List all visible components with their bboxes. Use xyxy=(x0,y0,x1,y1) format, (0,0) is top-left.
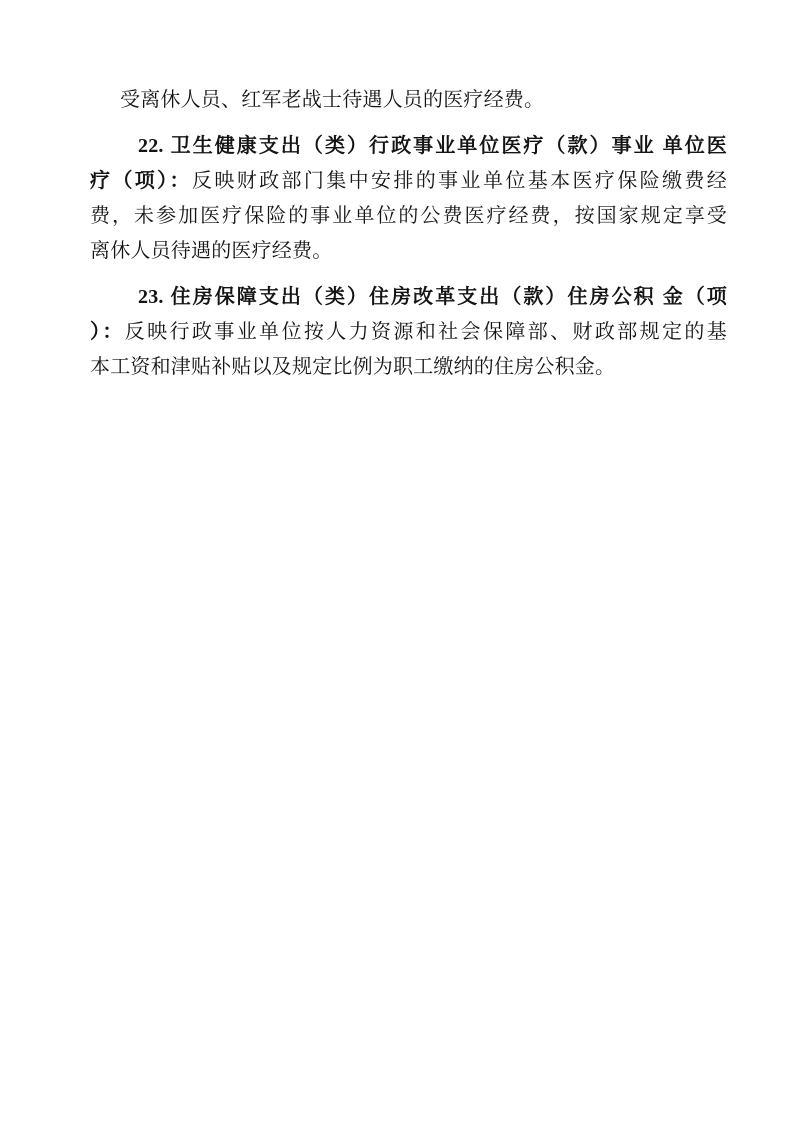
heading-text-segment: 23. 住房保障支出（类）住房改革支出（款）住房公积 金（项 xyxy=(138,286,727,308)
text-line: 本工资和津贴补贴以及规定比例为职工缴纳的住房公积金。 xyxy=(90,350,727,385)
heading-text-segment: ）： xyxy=(90,321,125,343)
text-line: 23. 住房保障支出（类）住房改革支出（款）住房公积 金（项 xyxy=(90,280,727,315)
body-text-segment: 离休人员待遇的医疗经费。 xyxy=(90,240,332,262)
body-text-segment: 反映行政事业单位按人力资源和社会保障部、财政部规定的基 xyxy=(125,321,727,343)
text-line: 受离休人员、红军老战士待遇人员的医疗经费。 xyxy=(90,83,727,118)
para-item-23: 23. 住房保障支出（类）住房改革支出（款）住房公积 金（项）：反映行政事业单位… xyxy=(90,280,727,385)
text-line: 离休人员待遇的医疗经费。 xyxy=(90,234,727,269)
para-continuation: 受离休人员、红军老战士待遇人员的医疗经费。 xyxy=(90,83,727,118)
text-line: ）：反映行政事业单位按人力资源和社会保障部、财政部规定的基 xyxy=(90,315,727,350)
para-item-22: 22. 卫生健康支出（类）行政事业单位医疗（款）事业 单位医疗（项）：反映财政部… xyxy=(90,129,727,269)
text-line: 22. 卫生健康支出（类）行政事业单位医疗（款）事业 单位医 xyxy=(90,129,727,164)
heading-text-segment: 22. 卫生健康支出（类）行政事业单位医疗（款）事业 单位医 xyxy=(138,135,727,157)
body-text-segment: 受离休人员、红军老战士待遇人员的医疗经费。 xyxy=(120,89,544,111)
body-text-segment: 反映财政部门集中安排的事业单位基本医疗保险缴费经 xyxy=(192,170,727,192)
document-body: 受离休人员、红军老战士待遇人员的医疗经费。22. 卫生健康支出（类）行政事业单位… xyxy=(90,83,727,385)
text-line: 费，未参加医疗保险的事业单位的公费医疗经费，按国家规定享受 xyxy=(90,199,727,234)
text-line: 疗（项）：反映财政部门集中安排的事业单位基本医疗保险缴费经 xyxy=(90,164,727,199)
body-text-segment: 费，未参加医疗保险的事业单位的公费医疗经费，按国家规定享受 xyxy=(90,205,727,227)
heading-text-segment: 疗（项）： xyxy=(90,170,192,192)
body-text-segment: 本工资和津贴补贴以及规定比例为职工缴纳的住房公积金。 xyxy=(90,356,615,378)
document-page: 受离休人员、红军老战士待遇人员的医疗经费。22. 卫生健康支出（类）行政事业单位… xyxy=(0,0,793,1122)
